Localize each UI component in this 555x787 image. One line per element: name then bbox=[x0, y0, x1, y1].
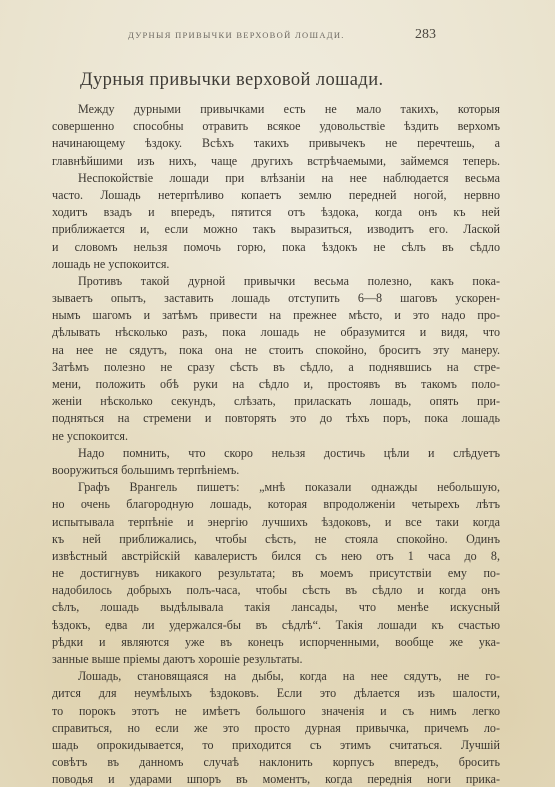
text-line: нымъ шагомъ и затѣмъ привести на прежнее… bbox=[52, 307, 500, 324]
text-line: лошадь не успокоится. bbox=[52, 256, 500, 273]
paragraph: Неспокойствіе лошади при влѣзаніи на нее… bbox=[52, 170, 500, 273]
text-line: совѣтъ въ данномъ случаѣ наклонить корпу… bbox=[52, 754, 500, 771]
text-line: Неспокойствіе лошади при влѣзаніи на нее… bbox=[52, 170, 500, 187]
text-line: Затѣмъ полезно не сразу сѣсть въ сѣдло, … bbox=[52, 359, 500, 376]
text-line: Лошадь, становящаяся на дыбы, когда на н… bbox=[52, 668, 500, 685]
text-line: Между дурными привычками есть не мало та… bbox=[52, 101, 500, 118]
text-line: Графъ Врангель пишетъ: „мнѣ показали одн… bbox=[52, 479, 500, 496]
text-line: надобилось добрыхъ полъ-часа, чтобы сѣст… bbox=[52, 582, 500, 599]
text-line: и словомъ нельзя помочь горю, пока ѣздок… bbox=[52, 239, 500, 256]
paragraph: Надо помнить, что скоро нельзя достичь ц… bbox=[52, 445, 500, 479]
text-line: занные выше пріемы даютъ хорошіе результ… bbox=[52, 651, 500, 668]
chapter-title: Дурныя привычки верховой лошади. bbox=[80, 70, 384, 91]
text-line: поводья и ударами шпоръ въ моментъ, когд… bbox=[52, 771, 500, 787]
text-line: подняться на стремени и повторять это до… bbox=[52, 410, 500, 427]
text-line: ходитъ взадъ и впередъ, пятится отъ ѣздо… bbox=[52, 204, 500, 221]
paragraph: Между дурными привычками есть не мало та… bbox=[52, 101, 500, 170]
body-text: Между дурными привычками есть не мало та… bbox=[52, 101, 500, 787]
text-line: женіи нѣсколько секундъ, слѣзать, прилас… bbox=[52, 393, 500, 410]
text-line: извѣстный австрійскій кавалеристъ бился … bbox=[52, 548, 500, 565]
text-line: не достигнувъ никакого результата; въ мо… bbox=[52, 565, 500, 582]
text-line: вооружиться большимъ терпѣніемъ. bbox=[52, 462, 500, 479]
text-line: зываетъ опытъ, заставить лошадь отступит… bbox=[52, 290, 500, 307]
text-line: часто. Лошадь нетерпѣливо копаетъ землю … bbox=[52, 187, 500, 204]
text-line: не успокоится. bbox=[52, 428, 500, 445]
text-line: Надо помнить, что скоро нельзя достичь ц… bbox=[52, 445, 500, 462]
text-line: дится для неумѣлыхъ ѣздоковъ. Если это д… bbox=[52, 685, 500, 702]
text-line: рѣдки и являются уже въ конецъ испорченн… bbox=[52, 634, 500, 651]
text-line: главнѣйшими изъ нихъ, чаще другихъ встрѣ… bbox=[52, 153, 500, 170]
text-line: начинающему ѣздоку. Всѣхъ такихъ привыче… bbox=[52, 135, 500, 152]
running-head: ДУРНЫЯ ПРИВЫЧКИ ВЕРХОВОЙ ЛОШАДИ. bbox=[128, 30, 428, 40]
text-line: то порокъ этотъ не имѣетъ большого значе… bbox=[52, 703, 500, 720]
book-page: ДУРНЫЯ ПРИВЫЧКИ ВЕРХОВОЙ ЛОШАДИ. 283 Дур… bbox=[0, 0, 555, 787]
text-line: испытывала терпѣніе и энергію лучшихъ ѣз… bbox=[52, 514, 500, 531]
text-line: шадь опрокидывается, то приходится съ эт… bbox=[52, 737, 500, 754]
text-line: но очень благородную лошадь, которая впр… bbox=[52, 496, 500, 513]
text-line: сѣлъ, лошадь выдѣлывала такія лансады, ч… bbox=[52, 599, 500, 616]
text-line: къ ней приближались, чтобы сѣсть, не сто… bbox=[52, 531, 500, 548]
text-line: Противъ такой дурной привычки весьма пол… bbox=[52, 273, 500, 290]
text-line: приближается и, если можно такъ выразить… bbox=[52, 221, 500, 238]
paragraph: Графъ Врангель пишетъ: „мнѣ показали одн… bbox=[52, 479, 500, 668]
text-line: на нее не сядутъ, пока она не стоитъ спо… bbox=[52, 342, 500, 359]
text-line: дѣлывать нѣсколько разъ, пока лошадь не … bbox=[52, 324, 500, 341]
text-line: совершенно способны отравить всякое удов… bbox=[52, 118, 500, 135]
text-line: справиться, но если же это просто дурная… bbox=[52, 720, 500, 737]
paragraph: Противъ такой дурной привычки весьма пол… bbox=[52, 273, 500, 445]
text-line: ѣздокъ, едва ли удержался-бы въ сѣдлѣ“. … bbox=[52, 617, 500, 634]
text-line: мени, положить обѣ руки на сѣдло и, прос… bbox=[52, 376, 500, 393]
page-number: 283 bbox=[415, 27, 436, 43]
paragraph: Лошадь, становящаяся на дыбы, когда на н… bbox=[52, 668, 500, 787]
